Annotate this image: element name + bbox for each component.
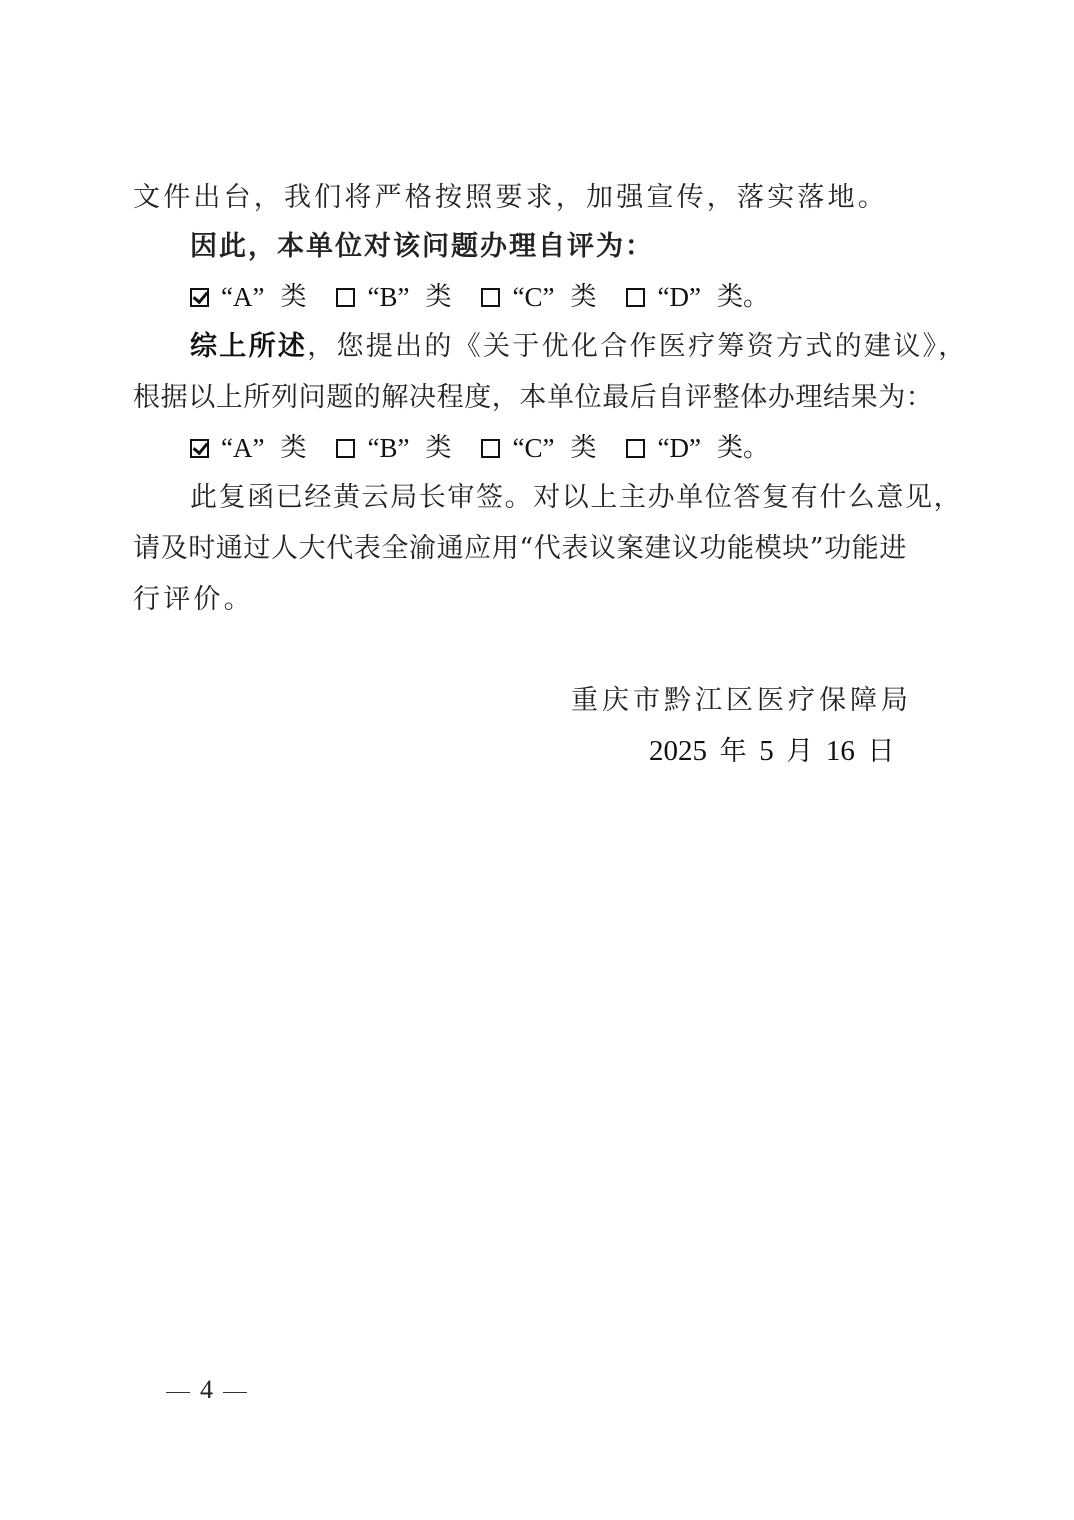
paragraph-end: 文件出台，我们将严格按照要求，加强宣传，落实落地。 — [133, 180, 945, 216]
checked-checkbox-icon[interactable] — [190, 288, 209, 307]
signature-date: 2025 年 5 月 16 日 — [649, 733, 894, 770]
unchecked-checkbox-icon[interactable] — [481, 439, 500, 458]
date-day: 16 — [826, 735, 855, 767]
summary-lead: 综上所述 — [190, 331, 307, 362]
self-eval-option-b[interactable]: “B” 类 — [336, 279, 467, 315]
overall-option-d[interactable]: “D” 类。 — [626, 430, 784, 466]
dash-icon — [166, 1392, 190, 1393]
overall-option-a[interactable]: “A” 类 — [190, 430, 322, 466]
summary-line-2: 根据以上所列问题的解决程度，本单位最后自评整体办理结果为： — [133, 380, 945, 416]
closing-line-3: 行评价。 — [133, 582, 945, 618]
date-month-unit: 月 — [786, 736, 813, 767]
self-eval-options: “A” 类 “B” 类 “C” 类 “D” 类。 — [190, 279, 799, 315]
unchecked-checkbox-icon[interactable] — [626, 439, 645, 458]
date-day-unit: 日 — [867, 736, 894, 767]
overall-option-c[interactable]: “C” 类 — [481, 430, 612, 466]
summary-line-1: 综上所述，您提出的《关于优化合作医疗筹资方式的建议》， — [190, 329, 945, 365]
closing-line-2: 请及时通过人大代表全渝通应用“代表议案建议功能模块”功能进 — [133, 531, 945, 567]
self-eval-option-a[interactable]: “A” 类 — [190, 279, 322, 315]
date-year-unit: 年 — [720, 736, 747, 767]
page-number-value: 4 — [200, 1375, 213, 1404]
self-eval-option-d[interactable]: “D” 类。 — [626, 279, 784, 315]
unchecked-checkbox-icon[interactable] — [626, 288, 645, 307]
date-year: 2025 — [649, 735, 707, 767]
checked-checkbox-icon[interactable] — [190, 439, 209, 458]
self-eval-intro: 因此，本单位对该问题办理自评为： — [190, 229, 945, 265]
overall-options: “A” 类 “B” 类 “C” 类 “D” 类。 — [190, 430, 799, 466]
page-number: 4 — [156, 1374, 257, 1406]
signer-organization: 重庆市黔江区医疗保障局 — [571, 683, 912, 719]
overall-option-b[interactable]: “B” 类 — [336, 430, 467, 466]
closing-line-1: 此复函已经黄云局长审签。对以上主办单位答复有什么意见， — [190, 480, 945, 516]
dash-icon — [223, 1392, 247, 1393]
date-month: 5 — [759, 735, 774, 767]
unchecked-checkbox-icon[interactable] — [336, 439, 355, 458]
unchecked-checkbox-icon[interactable] — [336, 288, 355, 307]
summary-line-1-rest: ，您提出的《关于优化合作医疗筹资方式的建议》， — [307, 331, 967, 362]
unchecked-checkbox-icon[interactable] — [481, 288, 500, 307]
self-eval-option-c[interactable]: “C” 类 — [481, 279, 612, 315]
document-page: 文件出台，我们将严格按照要求，加强宣传，落实落地。 因此，本单位对该问题办理自评… — [0, 0, 1074, 1520]
